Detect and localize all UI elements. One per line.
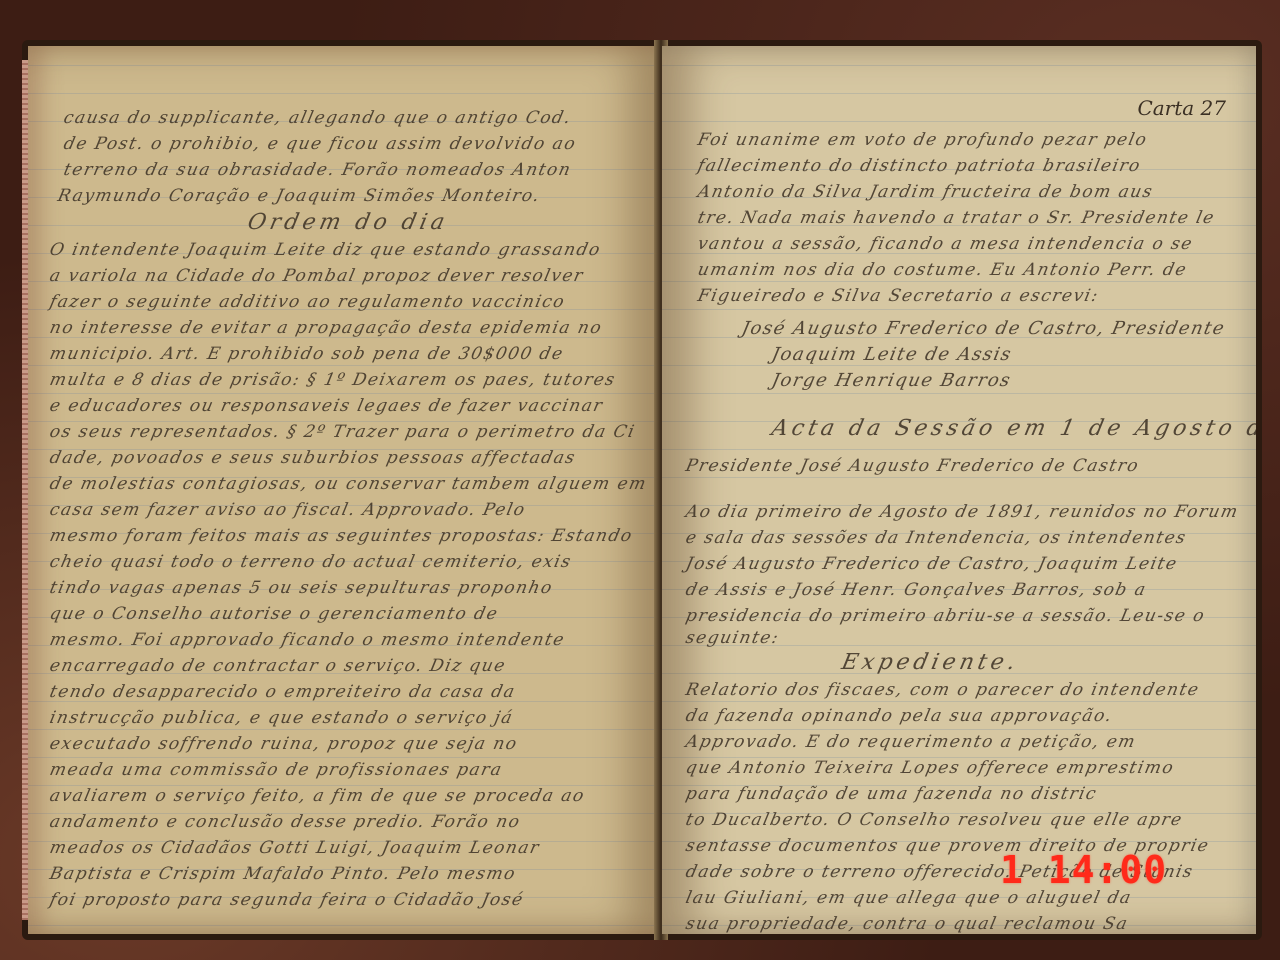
handwritten-line: Approvado. E do requerimento a petição, … (684, 732, 1138, 752)
minutes-heading: Acta da Sessão em 1 de Agosto de 1891 (769, 416, 1256, 441)
handwritten-line: Antonio da Silva Jardim fructeira de bom… (696, 182, 1155, 202)
handwritten-line: tendo desapparecido o empreiteiro da cas… (48, 682, 518, 702)
handwritten-line: José Augusto Frederico de Castro, Joaqui… (684, 554, 1180, 574)
signature: José Augusto Frederico de Castro, Presid… (740, 318, 1228, 339)
left-page: causa do supplicante, allegando que o an… (28, 46, 660, 934)
handwritten-line: que o Conselho autorise o gerenciamento … (48, 604, 500, 624)
handwritten-line: tindo vagas apenas 5 ou seis sepulturas … (48, 578, 555, 598)
handwritten-line: e educadores ou responsaveis legaes de f… (48, 396, 605, 416)
right-page: Carta 27 Foi unanime em voto de profundo… (662, 46, 1256, 934)
handwritten-line: foi proposto para segunda feira o Cidadã… (48, 890, 526, 910)
handwritten-line: Baptista e Crispim Mafaldo Pinto. Pelo m… (48, 864, 518, 884)
handwritten-line: O intendente Joaquim Leite diz que estan… (48, 240, 603, 260)
president-line: Presidente José Augusto Frederico de Cas… (684, 456, 1141, 476)
handwritten-line: para fundação de uma fazenda no distric (684, 784, 1099, 804)
handwritten-line: casa sem fazer aviso ao fiscal. Approvad… (48, 500, 528, 520)
handwritten-line: vantou a sessão, ficando a mesa intenden… (696, 234, 1195, 254)
handwritten-line: Foi unanime em voto de profundo pezar pe… (696, 130, 1150, 150)
handwritten-line: a variola na Cidade do Pombal propoz dev… (48, 266, 586, 286)
handwritten-line: fallecimento do distincto patriota brasi… (696, 156, 1143, 176)
handwritten-line: municipio. Art. E prohibido sob pena de … (48, 344, 566, 364)
handwritten-line: da fazenda opinando pela sua approvação. (684, 706, 1115, 726)
handwritten-line: multa e 8 dias de prisão: § 1º Deixarem … (48, 370, 618, 390)
signature: Jorge Henrique Barros (770, 370, 1014, 391)
ledger-book: causa do supplicante, allegando que o an… (22, 40, 1262, 940)
handwritten-line: no interesse de evitar a propagação dest… (48, 318, 604, 338)
handwritten-line: umanim nos dia do costume. Eu Antonio Pe… (696, 260, 1189, 280)
right-page-text: Foi unanime em voto de profundo pezar pe… (662, 46, 1256, 934)
handwritten-line: tre. Nada mais havendo a tratar o Sr. Pr… (696, 208, 1217, 228)
handwritten-line: encarregado de contractar o serviço. Diz… (48, 656, 508, 676)
handwritten-line: fazer o seguinte additivo ao regulamento… (48, 292, 567, 312)
handwritten-line: que Antonio Teixeira Lopes offerece empr… (684, 758, 1176, 778)
handwritten-line: presidencia do primeiro abriu-se a sessã… (684, 606, 1207, 626)
handwritten-line: to Ducalberto. O Conselho resolveu que e… (684, 810, 1185, 830)
handwritten-line: Ao dia primeiro de Agosto de 1891, reuni… (684, 502, 1241, 522)
handwritten-line: mesmo foram feitos mais as seguintes pro… (48, 526, 635, 546)
handwritten-line: dade, povoados e seus suburbios pessoas … (48, 448, 578, 468)
handwritten-line: os seus representados. § 2º Trazer para … (48, 422, 637, 442)
handwritten-line: meada uma commissão de profissionaes par… (48, 760, 505, 780)
handwritten-line: executado soffrendo ruina, propoz que se… (48, 734, 520, 754)
handwritten-line: Figueiredo e Silva Secretario a escrevi: (696, 286, 1101, 306)
handwritten-line: andamento e conclusão desse predio. Forã… (48, 812, 523, 832)
handwritten-line: mesmo. Foi approvado ficando o mesmo int… (48, 630, 567, 650)
signature: Joaquim Leite de Assis (770, 344, 1014, 365)
handwritten-line: instrucção publica, e que estando o serv… (48, 708, 515, 728)
section-title-expediente: Expediente. (839, 650, 1021, 675)
handwritten-line: sua propriedade, contra o qual reclamou … (684, 914, 1130, 934)
handwritten-line: Raymundo Coração e Joaquim Simões Montei… (56, 186, 542, 206)
handwritten-line: meados os Cidadãos Gotti Luigi, Joaquim … (48, 838, 542, 858)
handwritten-line: e sala das sessões da Intendencia, os in… (684, 528, 1189, 548)
handwritten-line: avaliarem o serviço feito, a fim de que … (48, 786, 587, 806)
section-title-ordem-do-dia: Ordem do dia (245, 210, 450, 235)
handwritten-line: seguinte: (684, 628, 781, 648)
camera-timestamp: 1 14:00 (1000, 848, 1167, 892)
handwritten-line: de Assis e José Henr. Gonçalves Barros, … (684, 580, 1149, 600)
left-page-text: causa do supplicante, allegando que o an… (28, 46, 660, 934)
handwritten-line: de Post. o prohibio, e que ficou assim d… (62, 134, 578, 154)
handwritten-line: terreno da sua obrasidade. Forão nomeado… (62, 160, 573, 180)
handwritten-line: de molestias contagiosas, ou conservar t… (48, 474, 649, 494)
handwritten-line: cheio quasi todo o terreno do actual cem… (48, 552, 574, 572)
handwritten-line: Relatorio dos fiscaes, com o parecer do … (684, 680, 1202, 700)
handwritten-line: causa do supplicante, allegando que o an… (62, 108, 574, 128)
